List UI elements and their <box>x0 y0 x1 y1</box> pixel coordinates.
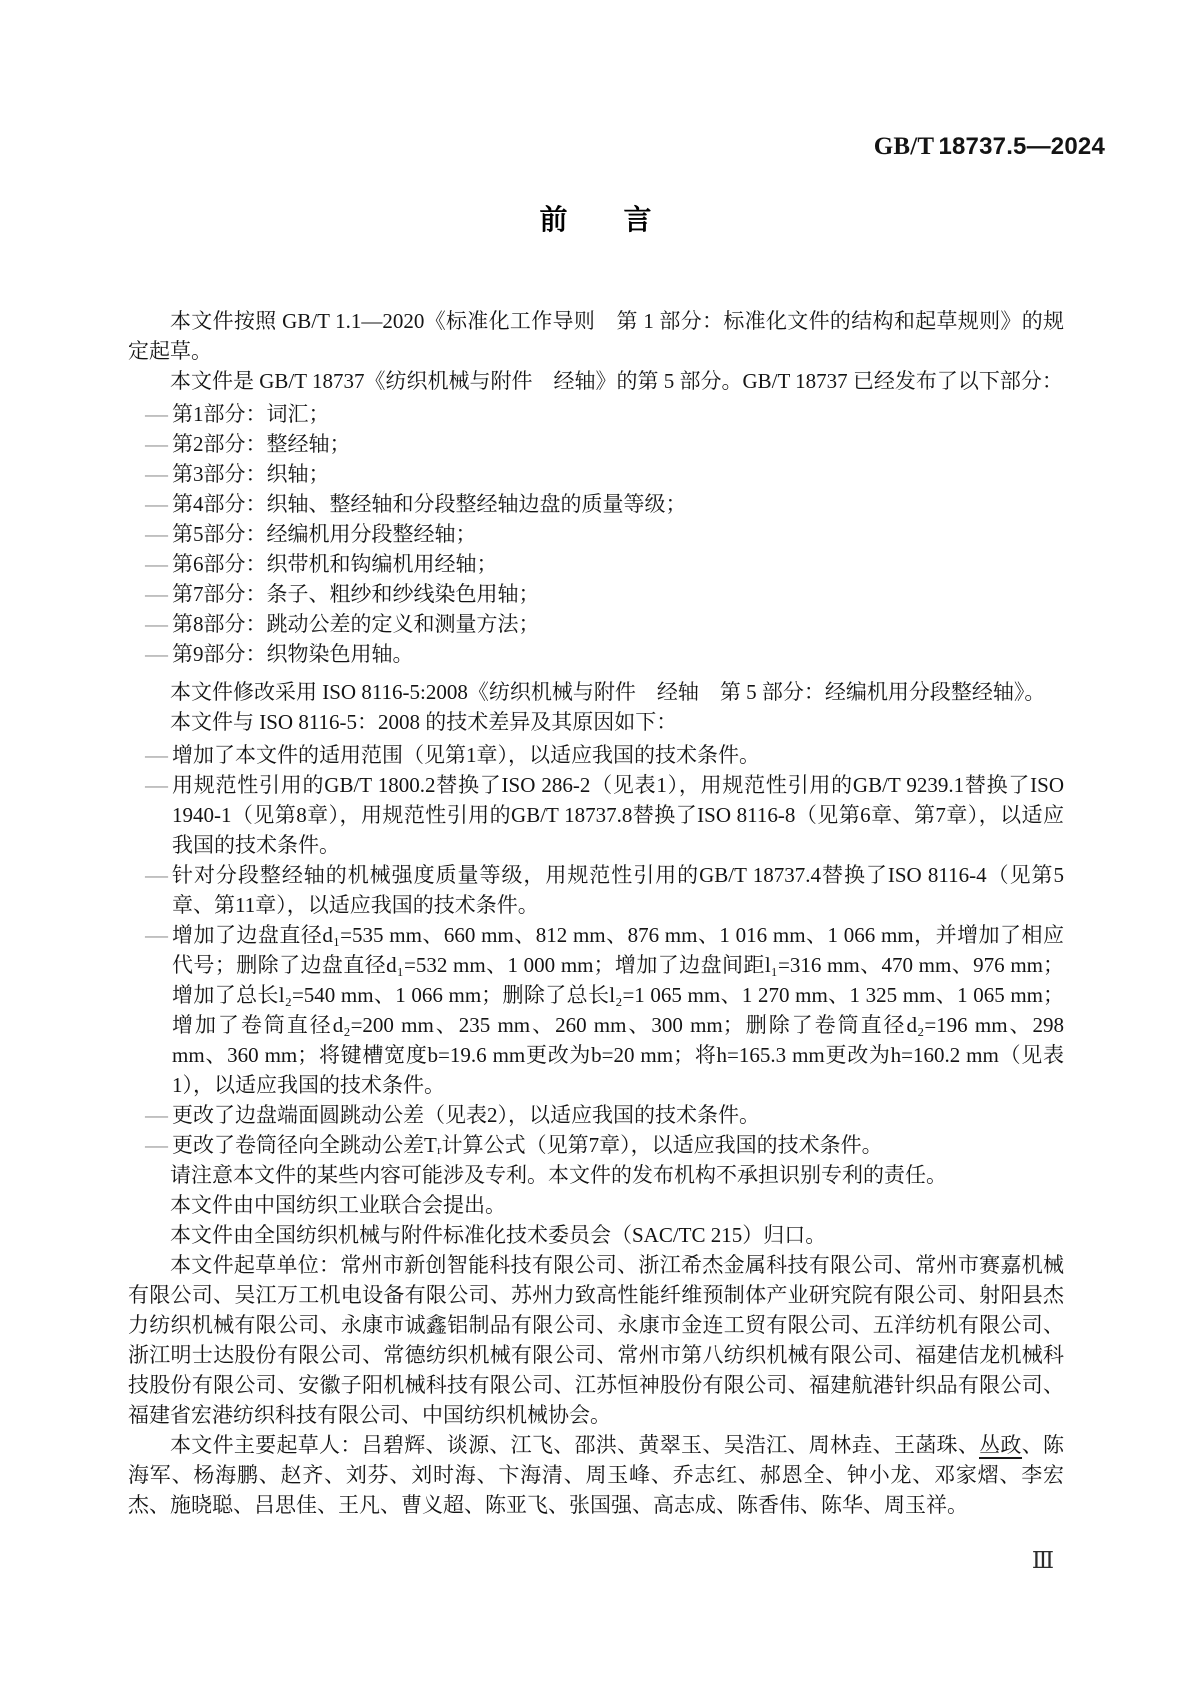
page-title: 前 言 <box>0 198 1191 238</box>
list-item-text: 增加了本文件的适用范围（见第1章），以适应我国的技术条件。 <box>172 743 760 767</box>
differences-list: ——增加了本文件的适用范围（见第1章），以适应我国的技术条件。 ——用规范性引用… <box>128 740 1064 1160</box>
dash-marker: —— <box>145 609 168 639</box>
list-item-part-8: ——第8部分：跳动公差的定义和测量方法； <box>128 609 1064 639</box>
list-item-text: 第5部分：经编机用分段整经轴； <box>172 522 477 546</box>
list-item-text: 更改了边盘端面圆跳动公差（见表2），以适应我国的技术条件。 <box>172 1103 760 1127</box>
dash-marker: —— <box>145 579 168 609</box>
parts-list: ——第1部分：词汇； ——第2部分：整经轴； ——第3部分：织轴； ——第4部分… <box>128 399 1064 669</box>
list-item-text: 第2部分：整经轴； <box>172 432 351 456</box>
list-item-text: 第1部分：词汇； <box>172 402 330 426</box>
foreword-body: 本文件按照 GB/T 1.1—2020《标准化工作导则 第 1 部分：标准化文件… <box>128 306 1064 1520</box>
list-item-text: 针对分段整经轴的机械强度质量等级，用规范性引用的GB/T 18737.4替换了I… <box>172 863 1064 917</box>
list-item-part-4: ——第4部分：织轴、整经轴和分段整经轴边盘的质量等级； <box>128 489 1064 519</box>
list-item-part-5: ——第5部分：经编机用分段整经轴； <box>128 519 1064 549</box>
paragraph-series-intro: 本文件是 GB/T 18737《纺织机械与附件 经轴》的第 5 部分。GB/T … <box>128 366 1064 396</box>
paragraph-proposed-by: 本文件由中国纺织工业联合会提出。 <box>128 1190 1064 1220</box>
list-item-difference-1: ——增加了本文件的适用范围（见第1章），以适应我国的技术条件。 <box>128 740 1064 770</box>
paragraph-drafting-organizations: 本文件起草单位：常州市新创智能科技有限公司、浙江希杰金属科技有限公司、常州市赛嘉… <box>128 1250 1064 1430</box>
standard-code: GB/T 18737.5—2024 <box>874 133 1105 161</box>
dash-marker: —— <box>145 519 168 549</box>
list-item-part-2: ——第2部分：整经轴； <box>128 429 1064 459</box>
standard-code-number: 18737.5—2024 <box>938 133 1105 160</box>
drafters-text-before: 本文件主要起草人：吕碧辉、谈源、江飞、邵洪、黄翠玉、吴浩江、周林垚、王菡珠、 <box>170 1433 979 1457</box>
list-item-text: 第9部分：织物染色用轴。 <box>172 642 414 666</box>
document-page: GB/T 18737.5—2024 前 言 本文件按照 GB/T 1.1—202… <box>0 0 1191 1684</box>
list-item-text: 用规范性引用的GB/T 1800.2替换了ISO 286-2（见表1），用规范性… <box>172 773 1064 857</box>
list-item-text: 增加了边盘直径d₁=535 mm、660 mm、812 mm、876 mm、1 … <box>172 923 1064 1097</box>
paragraph-patent-note: 请注意本文件的某些内容可能涉及专利。本文件的发布机构不承担识别专利的责任。 <box>128 1160 1064 1190</box>
list-item-difference-4: ——增加了边盘直径d₁=535 mm、660 mm、812 mm、876 mm、… <box>128 920 1064 1100</box>
list-item-text: 第7部分：条子、粗纱和纱线染色用轴； <box>172 582 540 606</box>
dash-marker: —— <box>145 459 168 489</box>
list-item-difference-3: ——针对分段整经轴的机械强度质量等级，用规范性引用的GB/T 18737.4替换… <box>128 860 1064 920</box>
list-item-text: 更改了卷筒径向全跳动公差Tᵣ计算公式（见第7章），以适应我国的技术条件。 <box>172 1133 883 1157</box>
list-item-part-1: ——第1部分：词汇； <box>128 399 1064 429</box>
paragraph-differences-intro: 本文件与 ISO 8116-5：2008 的技术差异及其原因如下： <box>128 707 1064 737</box>
list-item-part-7: ——第7部分：条子、粗纱和纱线染色用轴； <box>128 579 1064 609</box>
list-item-difference-5: ——更改了边盘端面圆跳动公差（见表2），以适应我国的技术条件。 <box>128 1100 1064 1130</box>
dash-marker: —— <box>145 860 168 890</box>
dash-marker: —— <box>145 399 168 429</box>
list-item-difference-6: ——更改了卷筒径向全跳动公差Tᵣ计算公式（见第7章），以适应我国的技术条件。 <box>128 1130 1064 1160</box>
dash-marker: —— <box>145 549 168 579</box>
page-number: Ⅲ <box>1032 1548 1054 1574</box>
list-item-difference-2: ——用规范性引用的GB/T 1800.2替换了ISO 286-2（见表1），用规… <box>128 770 1064 860</box>
dash-marker: —— <box>145 920 168 950</box>
dash-marker: —— <box>145 489 168 519</box>
dash-marker: —— <box>145 770 168 800</box>
list-item-part-6: ——第6部分：织带机和钩编机用经轴； <box>128 549 1064 579</box>
paragraph-drafting-rule: 本文件按照 GB/T 1.1—2020《标准化工作导则 第 1 部分：标准化文件… <box>128 306 1064 366</box>
list-item-text: 第6部分：织带机和钩编机用经轴； <box>172 552 498 576</box>
list-item-part-3: ——第3部分：织轴； <box>128 459 1064 489</box>
dash-marker: —— <box>145 740 168 770</box>
paragraph-adoption: 本文件修改采用 ISO 8116-5:2008《纺织机械与附件 经轴 第 5 部… <box>128 677 1064 707</box>
dash-marker: —— <box>145 429 168 459</box>
list-item-text: 第3部分：织轴； <box>172 462 330 486</box>
list-item-text: 第8部分：跳动公差的定义和测量方法； <box>172 612 540 636</box>
standard-code-prefix: GB/T <box>874 133 935 160</box>
list-item-part-9: ——第9部分：织物染色用轴。 <box>128 639 1064 669</box>
drafter-underlined-name: 丛政 <box>979 1433 1022 1459</box>
dash-marker: —— <box>145 639 168 669</box>
dash-marker: —— <box>145 1100 168 1130</box>
paragraph-centralized-by: 本文件由全国纺织机械与附件标准化技术委员会（SAC/TC 215）归口。 <box>128 1220 1064 1250</box>
dash-marker: —— <box>145 1130 168 1160</box>
paragraph-drafters: 本文件主要起草人：吕碧辉、谈源、江飞、邵洪、黄翠玉、吴浩江、周林垚、王菡珠、丛政… <box>128 1430 1064 1520</box>
list-item-text: 第4部分：织轴、整经轴和分段整经轴边盘的质量等级； <box>172 492 687 516</box>
